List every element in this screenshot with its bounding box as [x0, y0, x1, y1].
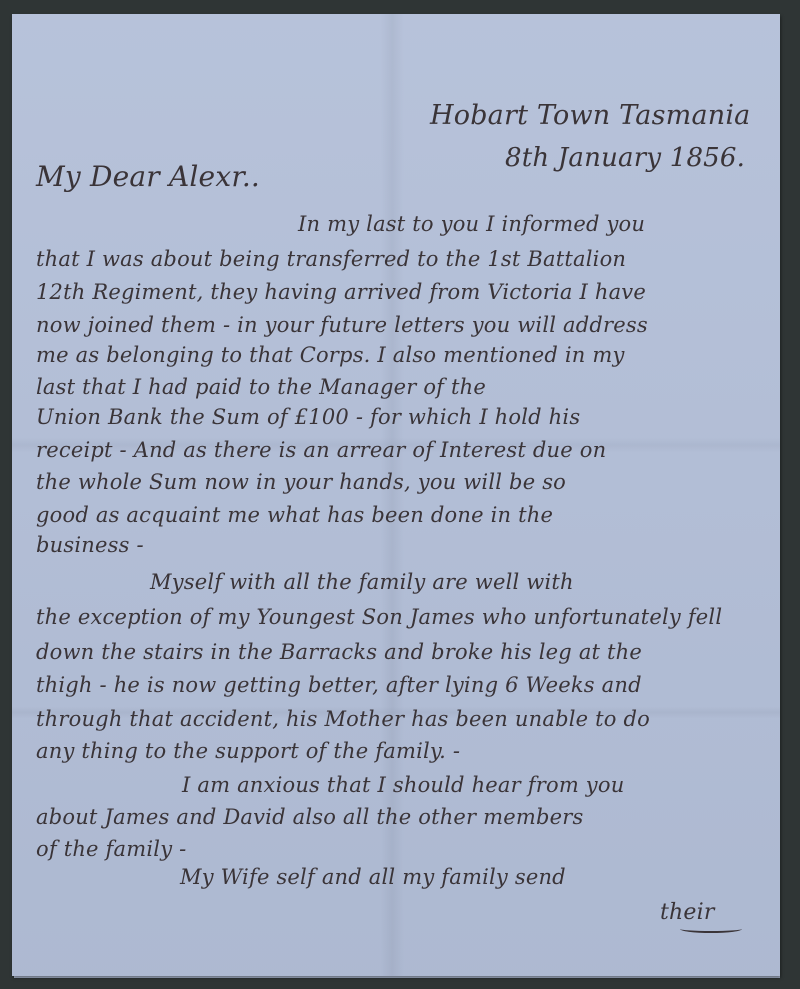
body-line: receipt - And as there is an arrear of I…	[36, 438, 606, 462]
body-line: now joined them - in your future letters…	[36, 313, 648, 337]
body-line: through that accident, his Mother has be…	[36, 707, 650, 731]
body-line: In my last to you I informed you	[298, 212, 645, 236]
body-line: I am anxious that I should hear from you	[182, 773, 624, 797]
body-line: business -	[36, 533, 144, 557]
body-line: the whole Sum now in your hands, you wil…	[36, 470, 566, 494]
body-line: any thing to the support of the family. …	[36, 739, 460, 763]
letter-date: 8th January 1856.	[505, 143, 745, 173]
body-line: 12th Regiment, they having arrived from …	[36, 280, 646, 304]
body-line: down the stairs in the Barracks and brok…	[36, 640, 642, 664]
catchword: their	[660, 900, 715, 925]
body-line: me as belonging to that Corps. I also me…	[36, 343, 625, 367]
letter-salutation: My Dear Alexr..	[36, 160, 260, 193]
body-line: about James and David also all the other…	[36, 805, 584, 829]
body-line: thigh - he is now getting better, after …	[36, 673, 642, 697]
body-line: the exception of my Youngest Son James w…	[36, 605, 722, 629]
body-line: that I was about being transferred to th…	[36, 247, 626, 271]
body-line: of the family -	[36, 837, 186, 861]
letter-place: Hobart Town Tasmania	[430, 100, 750, 131]
body-line: good as acquaint me what has been done i…	[36, 503, 553, 527]
catchword-flourish	[680, 925, 742, 933]
body-line: Myself with all the family are well with	[150, 570, 574, 594]
body-line: My Wife self and all my family send	[180, 865, 566, 889]
body-line: Union Bank the Sum of £100 - for which I…	[36, 405, 580, 429]
body-line: last that I had paid to the Manager of t…	[36, 375, 486, 399]
